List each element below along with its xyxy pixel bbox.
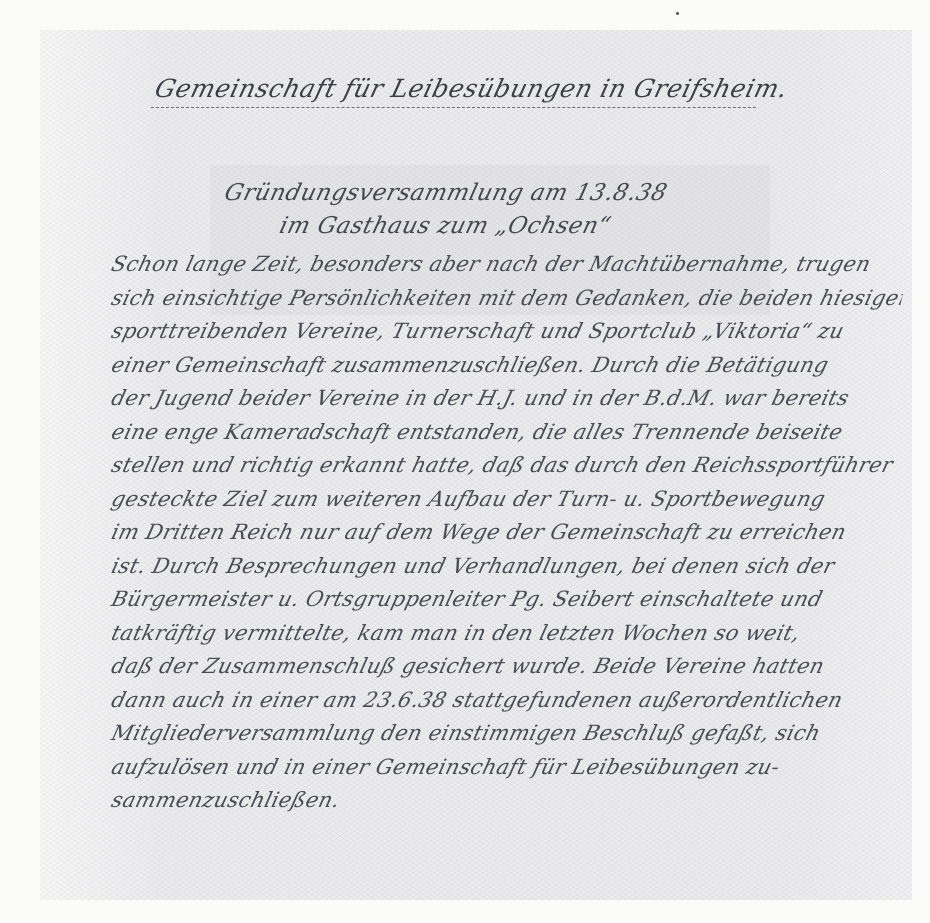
body-line: daß der Zusammenschluß gesichert wurde. …: [109, 654, 905, 678]
body-line: stellen und richtig erkannt hatte, daß d…: [109, 453, 905, 477]
body-line: sich einsichtige Persönlichkeiten mit de…: [109, 286, 905, 310]
body-line: einer Gemeinschaft zusammenzuschließen. …: [109, 353, 905, 377]
body-line: tatkräftig vermittelte, kam man in den l…: [109, 621, 905, 645]
body-line: ist. Durch Besprechungen und Verhandlung…: [109, 554, 905, 578]
meeting-heading: Gründungsversammlung am 13.8.38: [222, 180, 670, 206]
body-line: eine enge Kameradschaft entstanden, die …: [109, 420, 905, 444]
body-line: dann auch in einer am 23.6.38 stattgefun…: [109, 688, 905, 712]
body-line: im Dritten Reich nur auf dem Wege der Ge…: [109, 520, 905, 544]
handwritten-sheet: Gemeinschaft für Leibesübungen in Greifs…: [40, 30, 912, 900]
body-line: Schon lange Zeit, besonders aber nach de…: [109, 252, 905, 276]
body-line: der Jugend beider Vereine in der H.J. un…: [109, 386, 905, 410]
body-line: gesteckte Ziel zum weiteren Aufbau der T…: [109, 487, 905, 511]
body-line: sporttreibenden Vereine, Turnerschaft un…: [109, 319, 905, 343]
document-page: Gemeinschaft für Leibesübungen in Greifs…: [0, 0, 930, 923]
body-line: Mitgliederversammlung den einstimmigen B…: [109, 721, 905, 745]
ink-speck: [676, 12, 679, 15]
document-title: Gemeinschaft für Leibesübungen in Greifs…: [151, 74, 764, 108]
body-line: aufzulösen und in einer Gemeinschaft für…: [109, 755, 905, 779]
body-line: Bürgermeister u. Ortsgruppenleiter Pg. S…: [109, 587, 905, 611]
body-line: sammenzuschließen.: [109, 788, 905, 812]
meeting-location: im Gasthaus zum „Ochsen“: [277, 213, 614, 239]
